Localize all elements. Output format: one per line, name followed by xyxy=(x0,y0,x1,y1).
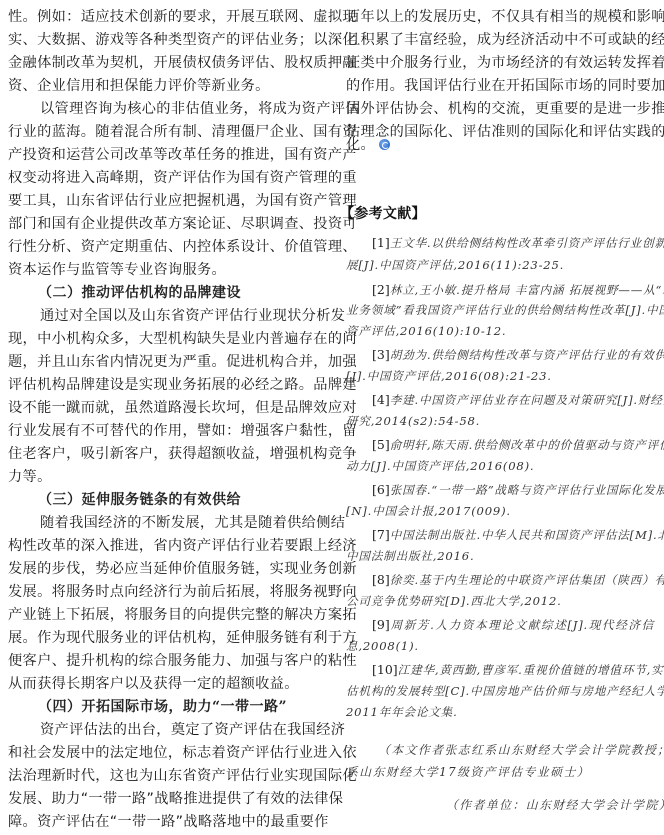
paragraph-start-line: 随着我国经济的不断发展，尤其是随着供给侧结 xyxy=(8,514,326,532)
body-text-line: 部门和国有企业提供改革方案论证、尽职调查、投资可 xyxy=(8,215,326,233)
body-text-line: 评估机构品牌建设是实现业务拓展的必经之路。品牌建 xyxy=(8,376,326,394)
body-text-line: 障。资产评估在“一带一路”战略落地中的最重要作 xyxy=(8,813,326,831)
reference-line: [7]中国法制出版社.中华人民共和国资产评估法[M].北京: xyxy=(346,527,654,543)
body-text-fragment: 化。 xyxy=(346,137,375,153)
reference-line: [2]林立,王小敏.提升格局 丰富内涵 拓展视野——从“新 xyxy=(346,282,654,298)
body-text-line: 且积累了丰富经验，成为经济活动中不可或缺的经济鉴 xyxy=(346,31,654,49)
body-text-line: 题，并且山东省内情况更为严重。促进机构合并，加强 xyxy=(8,353,326,371)
reference-line: [J].中国资产评估,2016(08):21-23. xyxy=(346,368,552,384)
body-text-line: 住老客户，吸引新客户，获得超额收益，增强机构竞争 xyxy=(8,445,326,463)
body-text-line: 法治理新时代，这也为山东省资产评估行业实现国际化 xyxy=(8,767,326,785)
body-text-line: 便客户、提升机构的综合服务能力、加强与客户的粘性 xyxy=(8,652,326,670)
document-page: 性。例如：适应技术创新的要求，开展互联网、虚拟现 实、大数据、游戏等各种类型资产… xyxy=(0,0,664,835)
reference-text: 中国法制出版社.中华人民共和国资产评估法[M].北京: xyxy=(390,528,664,542)
reference-line: [9]周新芳.人力资本理论文献综述[J].现代经济信 xyxy=(346,617,654,633)
body-text-line: 发展、助力“一带一路”战略推进提供了有效的法律保 xyxy=(8,790,326,808)
reference-line: 公司竞争优势研究[D].西北大学,2012. xyxy=(346,593,562,609)
reference-line: [8]徐奕.基于内生理论的中联资产评估集团（陕西）有限 xyxy=(346,572,654,588)
reference-number: [8] xyxy=(372,572,390,587)
reference-text: 张国春.“一带一路”战略与资产评估行业国际化发展 xyxy=(390,483,664,497)
body-text-line: 和社会发展中的法定地位，标志着资产评估行业进入依 xyxy=(8,744,326,762)
body-text-line: 国外评估协会、机构的交流，更重要的是进一步推动评 xyxy=(346,100,654,118)
reference-text: 俞明轩,陈天雨.供给侧改革中的价值驱动与资产评估新 xyxy=(390,438,664,452)
section-heading-4: （四）开拓国际市场，助力“一带一路” xyxy=(38,698,287,716)
reference-number: [10] xyxy=(372,662,398,677)
section-heading-2: （二）推动评估机构的品牌建设 xyxy=(38,284,241,302)
body-text-line: 证类中介服务行业，为市场经济的有效运转发挥着积极 xyxy=(346,54,654,72)
body-text-line: 展。作为现代服务业的评估机构，延伸服务链有利于方 xyxy=(8,629,326,647)
reference-line: [4]李建.中国资产评估业存在问题及对策研究[J].财经问题 xyxy=(346,392,654,408)
references-title: 【参考文献】 xyxy=(340,205,426,223)
author-note-line-1: （本文作者张志红系山东财经大学会计学院教授；宋艺 xyxy=(378,742,664,758)
reference-line: [5]俞明轩,陈天雨.供给侧改革中的价值驱动与资产评估新 xyxy=(346,437,654,453)
body-text-line-last: 化。 xyxy=(346,136,390,154)
body-text-line: 估理念的国际化、评估准则的国际化和评估实践的国际 xyxy=(346,123,654,141)
body-text-line: 金融体制改革为契机，开展债权债务评估、股权质押融 xyxy=(8,54,326,72)
body-text-line: 资本运作与监管等专业咨询服务。 xyxy=(8,261,226,279)
reference-text: 林立,王小敏.提升格局 丰富内涵 拓展视野——从“新 xyxy=(390,283,664,297)
body-text-line: 的作用。我国评估行业在开拓国际市场的同时要加强与 xyxy=(346,77,654,95)
reference-line: [6]张国春.“一带一路”战略与资产评估行业国际化发展 xyxy=(346,482,654,498)
body-text-line: 力等。 xyxy=(8,468,52,486)
article-end-icon xyxy=(379,139,390,150)
body-text-line: 资、企业信用和担保能力评价等新业务。 xyxy=(8,77,270,95)
body-text-line: 产投资和运营公司改革等改革任务的推进，国有资产产 xyxy=(8,146,326,164)
reference-text: 王文华.以供给侧结构性改革牵引资产评估行业创新发 xyxy=(390,236,664,250)
reference-number: [9] xyxy=(372,617,390,632)
reference-number: [4] xyxy=(372,392,390,407)
body-text-line: 现，中小机构众多，大型机构缺失是业内普遍存在的问 xyxy=(8,330,326,348)
reference-text: 周新芳.人力资本理论文献综述[J].现代经济信 xyxy=(390,618,654,632)
reference-line: 动力[J].中国资产评估,2016(08). xyxy=(346,458,534,474)
body-text-line: 百年以上的发展历史，不仅具有相当的规模和影响，而 xyxy=(346,8,654,26)
reference-line: 2011年年会论文集. xyxy=(346,704,458,720)
body-text-line: 产业链上下拓展，将服务目的向提供完整的解决方案拓 xyxy=(8,606,326,624)
paragraph-start-line: 以管理咨询为核心的非估值业务，将成为资产评估 xyxy=(8,100,326,118)
reference-line: 展[J].中国资产评估,2016(11):23-25. xyxy=(346,257,564,273)
reference-number: [5] xyxy=(372,437,390,452)
reference-line: 中国法制出版社,2016. xyxy=(346,548,474,564)
reference-text: 徐奕.基于内生理论的中联资产评估集团（陕西）有限 xyxy=(390,573,664,587)
reference-text: 李建.中国资产评估业存在问题及对策研究[J].财经问题 xyxy=(390,393,664,407)
reference-number: [7] xyxy=(372,527,390,542)
body-text-line: 要工具，山东省评估行业应把握机遇，为国有资产管理 xyxy=(8,192,326,210)
reference-text: 江建华,黄西勤,曹彦军.重视价值链的增值环节,实现评 xyxy=(398,663,664,677)
body-text-line: 行业发展有不可替代的作用，譬如：增强客户黏性，留 xyxy=(8,422,326,440)
reference-line: 资产评估,2016(10):10-12. xyxy=(346,323,506,339)
reference-number: [1] xyxy=(372,235,390,250)
reference-number: [2] xyxy=(372,282,390,297)
author-affiliation: （作者单位：山东财经大学会计学院） xyxy=(446,797,664,813)
body-text-line: 设不能一蹴而就，虽然道路漫长坎坷，但是品牌效应对 xyxy=(8,399,326,417)
reference-line: [10]江建华,黄西勤,曹彦军.重视价值链的增值环节,实现评 xyxy=(346,662,654,678)
body-text-line: 实、大数据、游戏等各种类型资产的评估业务；以深化 xyxy=(8,31,326,49)
reference-line: [N].中国会计报,2017(009). xyxy=(346,503,511,519)
reference-line: 估机构的发展转型[C].中国房地产估价师与房地产经纪人学会 xyxy=(346,683,654,699)
body-text-line: 构性改革的深入推进，省内资产评估行业若要跟上经济 xyxy=(8,537,326,555)
author-note-line-2: 系山东财经大学17级资产评估专业硕士） xyxy=(346,764,590,780)
body-text-line: 权变动将进入高峰期，资产评估作为国有资产管理的重 xyxy=(8,169,326,187)
body-text-line: 发展的步伐，势必应当延伸价值服务链，实现业务创新 xyxy=(8,560,326,578)
reference-number: [6] xyxy=(372,482,390,497)
body-text-line: 性。例如：适应技术创新的要求，开展互联网、虚拟现 xyxy=(8,8,326,26)
reference-text: 胡劲为.供给侧结构性改革与资产评估行业的有效供给 xyxy=(390,348,664,362)
reference-line: 息,2008(1). xyxy=(346,638,419,654)
body-text-line: 行性分析、资产定期重估、内控体系设计、价值管理、 xyxy=(8,238,326,256)
body-text-line: 行业的蓝海。随着混合所有制、清理僵尸企业、国有资 xyxy=(8,123,326,141)
paragraph-start-line: 资产评估法的出台，奠定了资产评估在我国经济 xyxy=(8,721,326,739)
paragraph-start-line: 通过对全国以及山东省资产评估行业现状分析发 xyxy=(8,307,326,325)
reference-line: [3]胡劲为.供给侧结构性改革与资产评估行业的有效供给 xyxy=(346,347,654,363)
reference-line: 研究,2014(s2):54-58. xyxy=(346,413,480,429)
reference-line: [1]王文华.以供给侧结构性改革牵引资产评估行业创新发 xyxy=(346,235,654,251)
reference-number: [3] xyxy=(372,347,390,362)
reference-line: 业务领域”看我国资产评估行业的供给侧结构性改革[J].中国 xyxy=(346,302,654,318)
section-heading-3: （三）延伸服务链条的有效供给 xyxy=(38,491,241,509)
body-text-line: 发展。将服务时点向经济行为前后拓展，将服务视野向 xyxy=(8,583,326,601)
body-text-line: 从而获得长期客户以及获得一定的超额收益。 xyxy=(8,675,299,693)
